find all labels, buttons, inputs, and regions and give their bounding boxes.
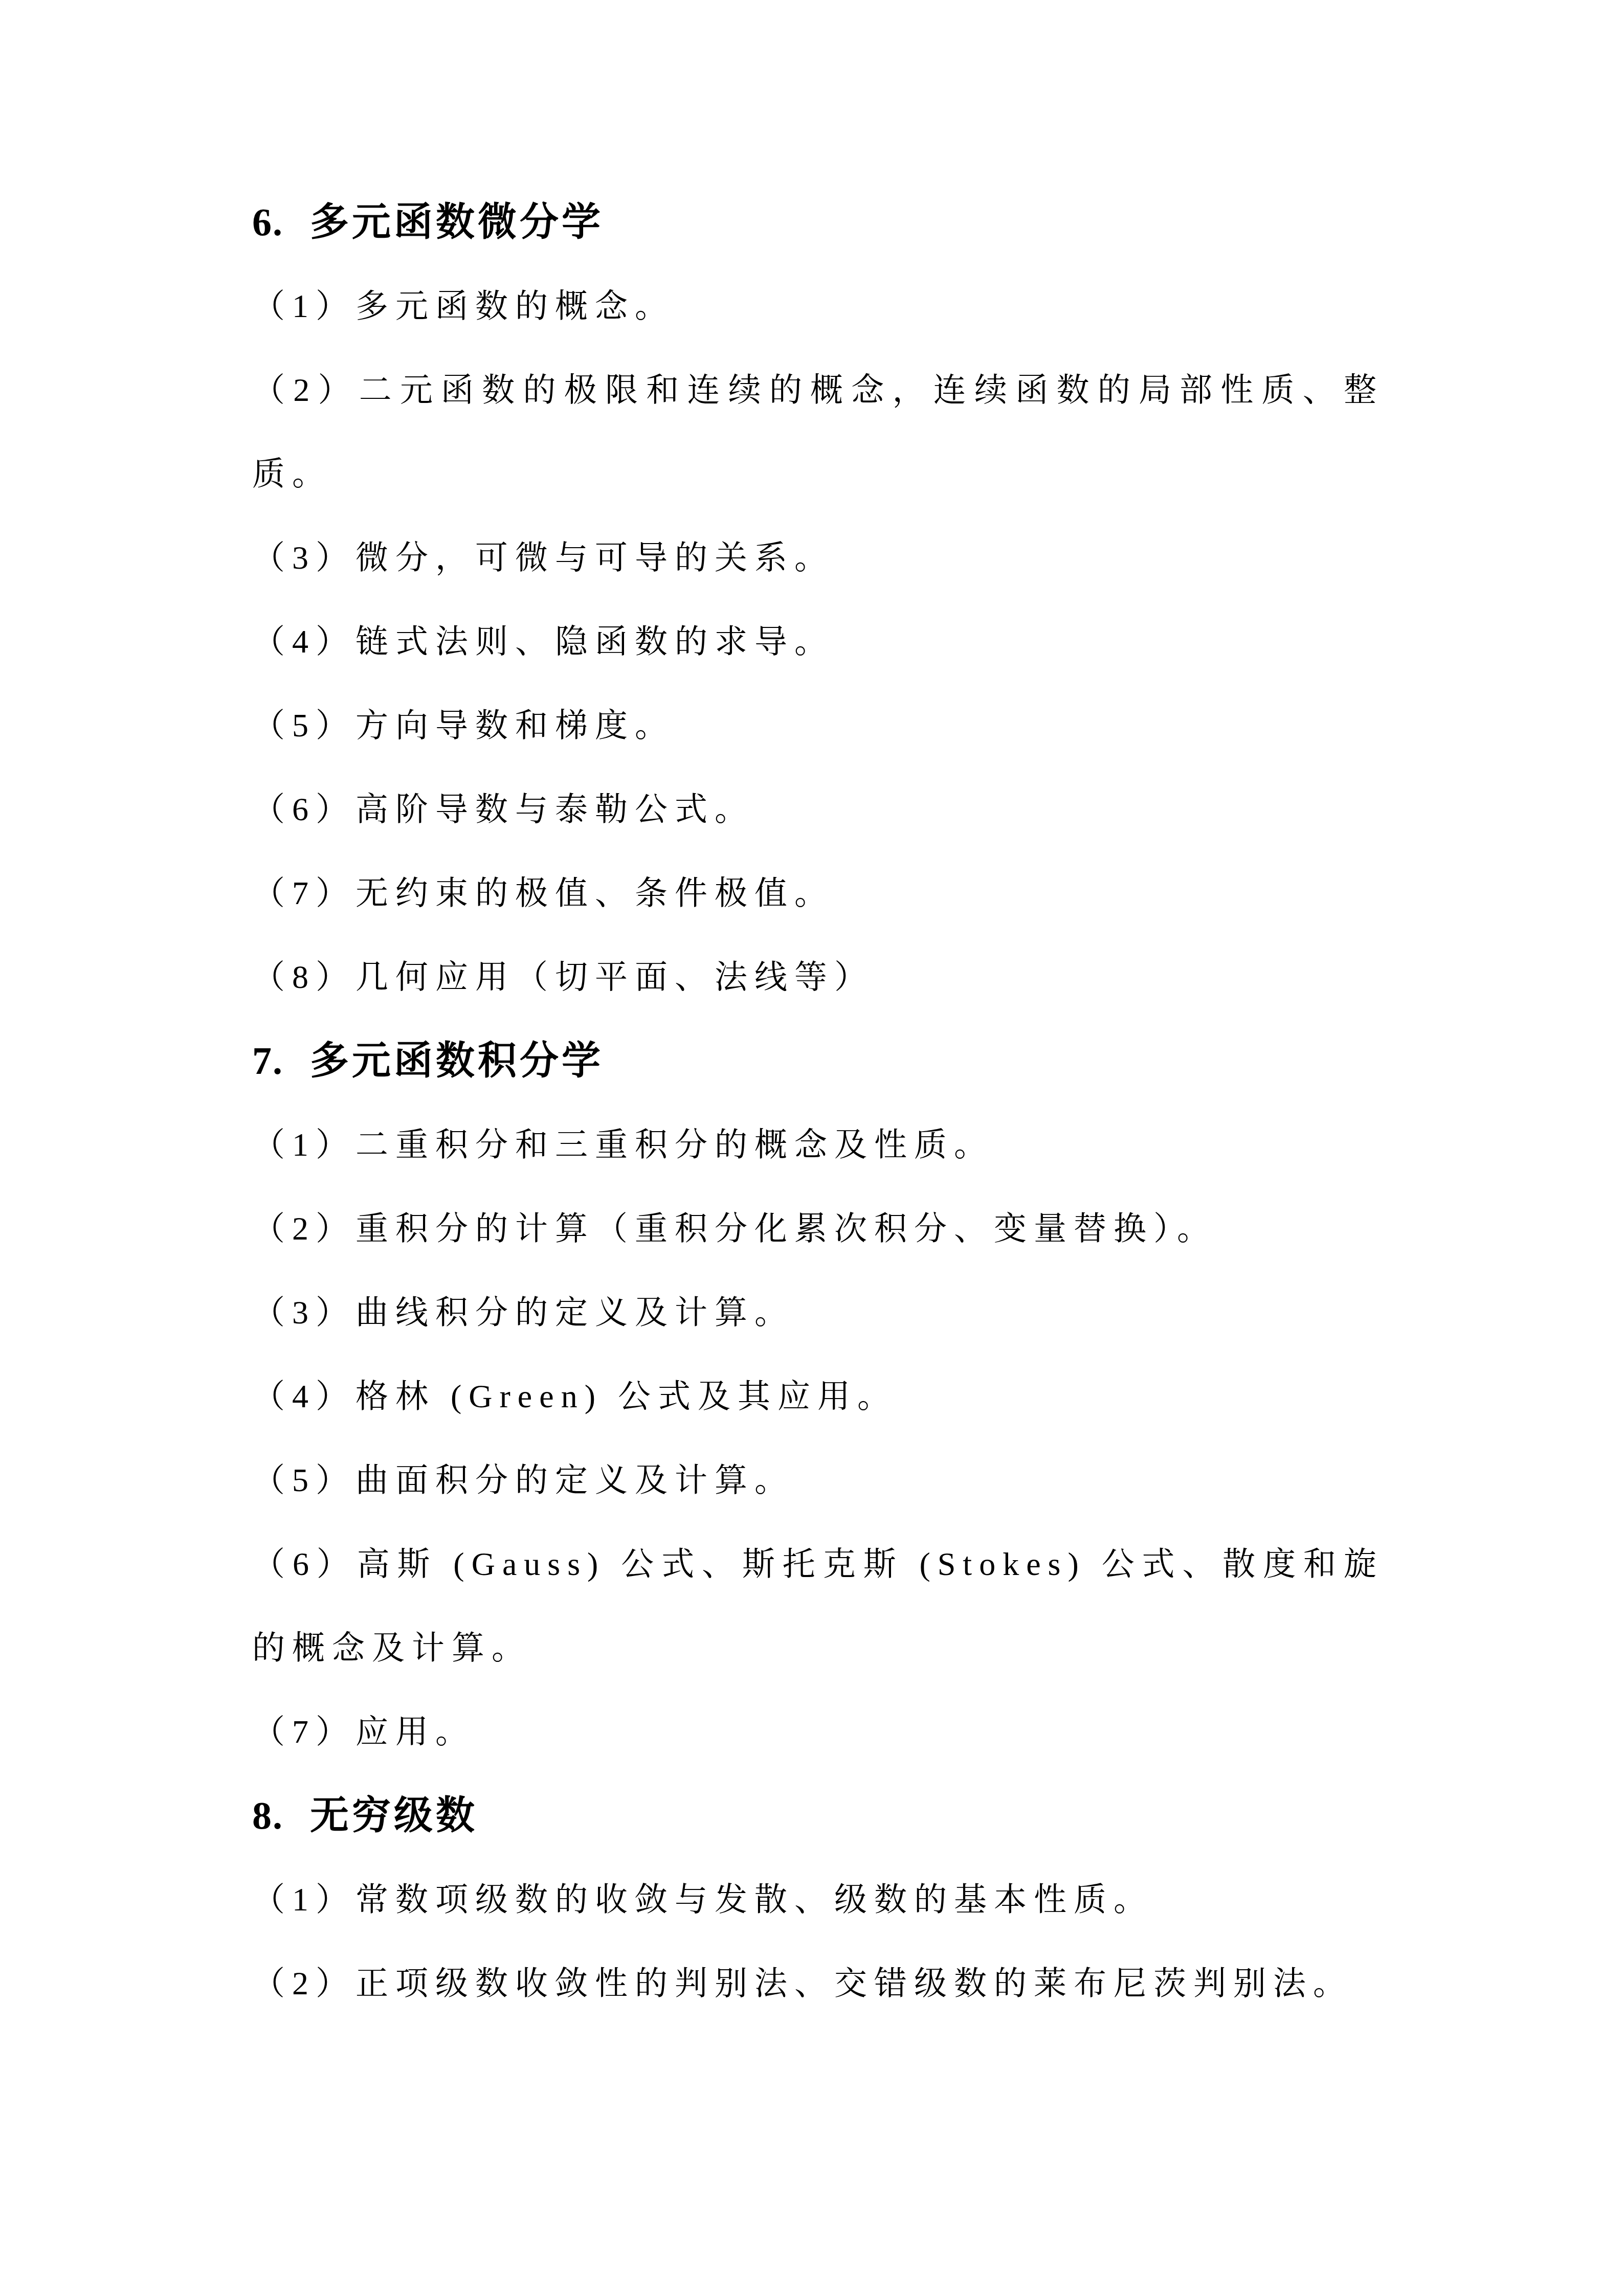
syllabus-item: （6）高阶导数与泰勒公式。 [252, 768, 1384, 851]
section-number: 7. [252, 1040, 283, 1083]
section-title: 无穷级数 [310, 1794, 478, 1837]
syllabus-item: （4）链式法则、隐函数的求导。 [252, 600, 1384, 684]
section-title: 多元函数微分学 [310, 201, 604, 244]
syllabus-item: （3）曲线积分的定义及计算。 [252, 1271, 1384, 1355]
document-page: 6.多元函数微分学 （1）多元函数的概念。 （2）二元函数的极限和连续的概念，连… [0, 0, 1624, 2296]
syllabus-item: （1）多元函数的概念。 [252, 264, 1384, 348]
section-title: 多元函数积分学 [310, 1040, 604, 1083]
syllabus-item: （2）二元函数的极限和连续的概念，连续函数的局部性质、整体性 [252, 348, 1384, 432]
syllabus-item: （8）几何应用（切平面、法线等） [252, 935, 1384, 1019]
section-6-heading: 6.多元函数微分学 [252, 181, 1384, 264]
syllabus-item: （7）应用。 [252, 1690, 1384, 1774]
syllabus-item: （2）重积分的计算（重积分化累次积分、变量替换）。 [252, 1187, 1384, 1271]
syllabus-item: （7）无约束的极值、条件极值。 [252, 851, 1384, 935]
syllabus-item: （2）正项级数收敛性的判别法、交错级数的莱布尼茨判别法。 [252, 1942, 1384, 2025]
section-8-heading: 8.无穷级数 [252, 1774, 1384, 1858]
syllabus-item: （1）常数项级数的收敛与发散、级数的基本性质。 [252, 1858, 1384, 1942]
syllabus-item: （5）方向导数和梯度。 [252, 684, 1384, 768]
section-number: 8. [252, 1794, 283, 1837]
syllabus-item: （3）微分，可微与可导的关系。 [252, 516, 1384, 600]
syllabus-item: （1）二重积分和三重积分的概念及性质。 [252, 1103, 1384, 1187]
syllabus-item-continuation: 的概念及计算。 [252, 1606, 1384, 1690]
section-number: 6. [252, 201, 283, 244]
section-7-heading: 7.多元函数积分学 [252, 1019, 1384, 1103]
syllabus-item: （6）高斯 (Gauss) 公式、斯托克斯 (Stokes) 公式、散度和旋度 [252, 1522, 1384, 1606]
syllabus-item-continuation: 质。 [252, 432, 1384, 516]
syllabus-item: （4）格林 (Green) 公式及其应用。 [252, 1355, 1384, 1438]
syllabus-item: （5）曲面积分的定义及计算。 [252, 1438, 1384, 1522]
